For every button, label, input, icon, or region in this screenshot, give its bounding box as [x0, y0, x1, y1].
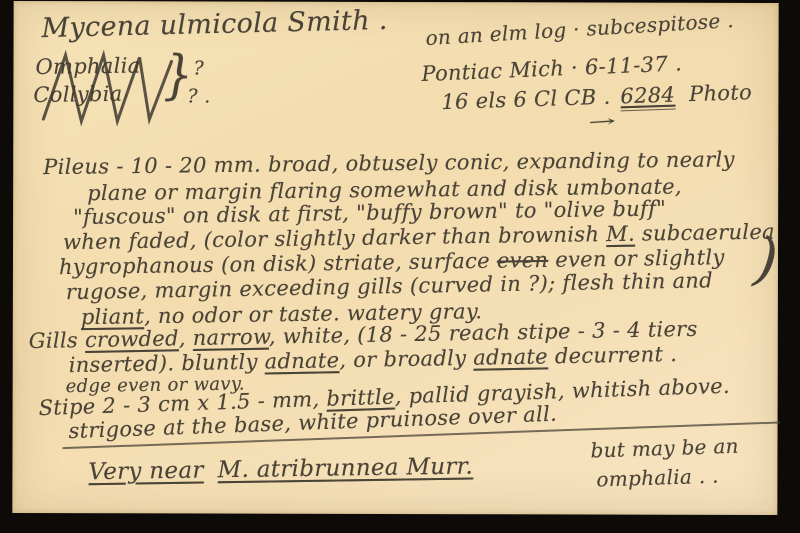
body-text: , or broadly	[339, 346, 473, 372]
body-text-struck: even	[497, 248, 549, 273]
conclusion-species: M. atribrunnea Murr.	[217, 453, 473, 483]
emphasis-arrow-icon: →	[588, 115, 602, 131]
body-text: subcaerulea	[635, 220, 775, 246]
body-text-underlined: pliant	[81, 304, 145, 329]
conclusion-note: Very nearM. atribrunnea Murr.	[88, 455, 473, 484]
body-text: ,	[179, 326, 193, 350]
collection-note: 16 els 6 Cl CB .	[441, 85, 611, 114]
query-mark-2: ? .	[187, 87, 210, 106]
body-text-underlined: crowded	[85, 326, 179, 352]
collection-note-line: 16 els 6 Cl CB .6284Photo	[441, 82, 752, 113]
body-text-underlined: M.	[606, 222, 635, 246]
specimen-card: Mycena ulmicola Smith . Omphalia Collybi…	[12, 1, 778, 515]
body-text: decurrent .	[548, 342, 678, 368]
photo-label: Photo	[689, 80, 753, 106]
conclusion-text: Very near	[88, 457, 204, 485]
location-date-note: Pontiac Mich · 6-11-37 .	[421, 53, 682, 85]
aside-note-line1: but may be an	[590, 436, 739, 461]
body-text-underlined: adnate	[264, 348, 339, 373]
body-text-underlined: adnate	[473, 344, 548, 369]
body-text-underlined: narrow	[193, 325, 269, 350]
body-text: , pallid grayish, whitish above.	[394, 374, 730, 409]
habitat-note: on an elm log · subcespitose .	[425, 10, 734, 48]
query-mark-1: ?	[193, 59, 204, 78]
crossout-strokes-icon	[37, 47, 177, 127]
body-text: Gills	[29, 328, 86, 353]
body-line-pileus: Pileus - 10 - 20 mm. broad, obtusely con…	[43, 149, 735, 178]
card-title: Mycena ulmicola Smith .	[41, 7, 388, 42]
aside-note-line2: omphalia . .	[596, 466, 719, 490]
collection-number: 6284	[620, 83, 675, 112]
